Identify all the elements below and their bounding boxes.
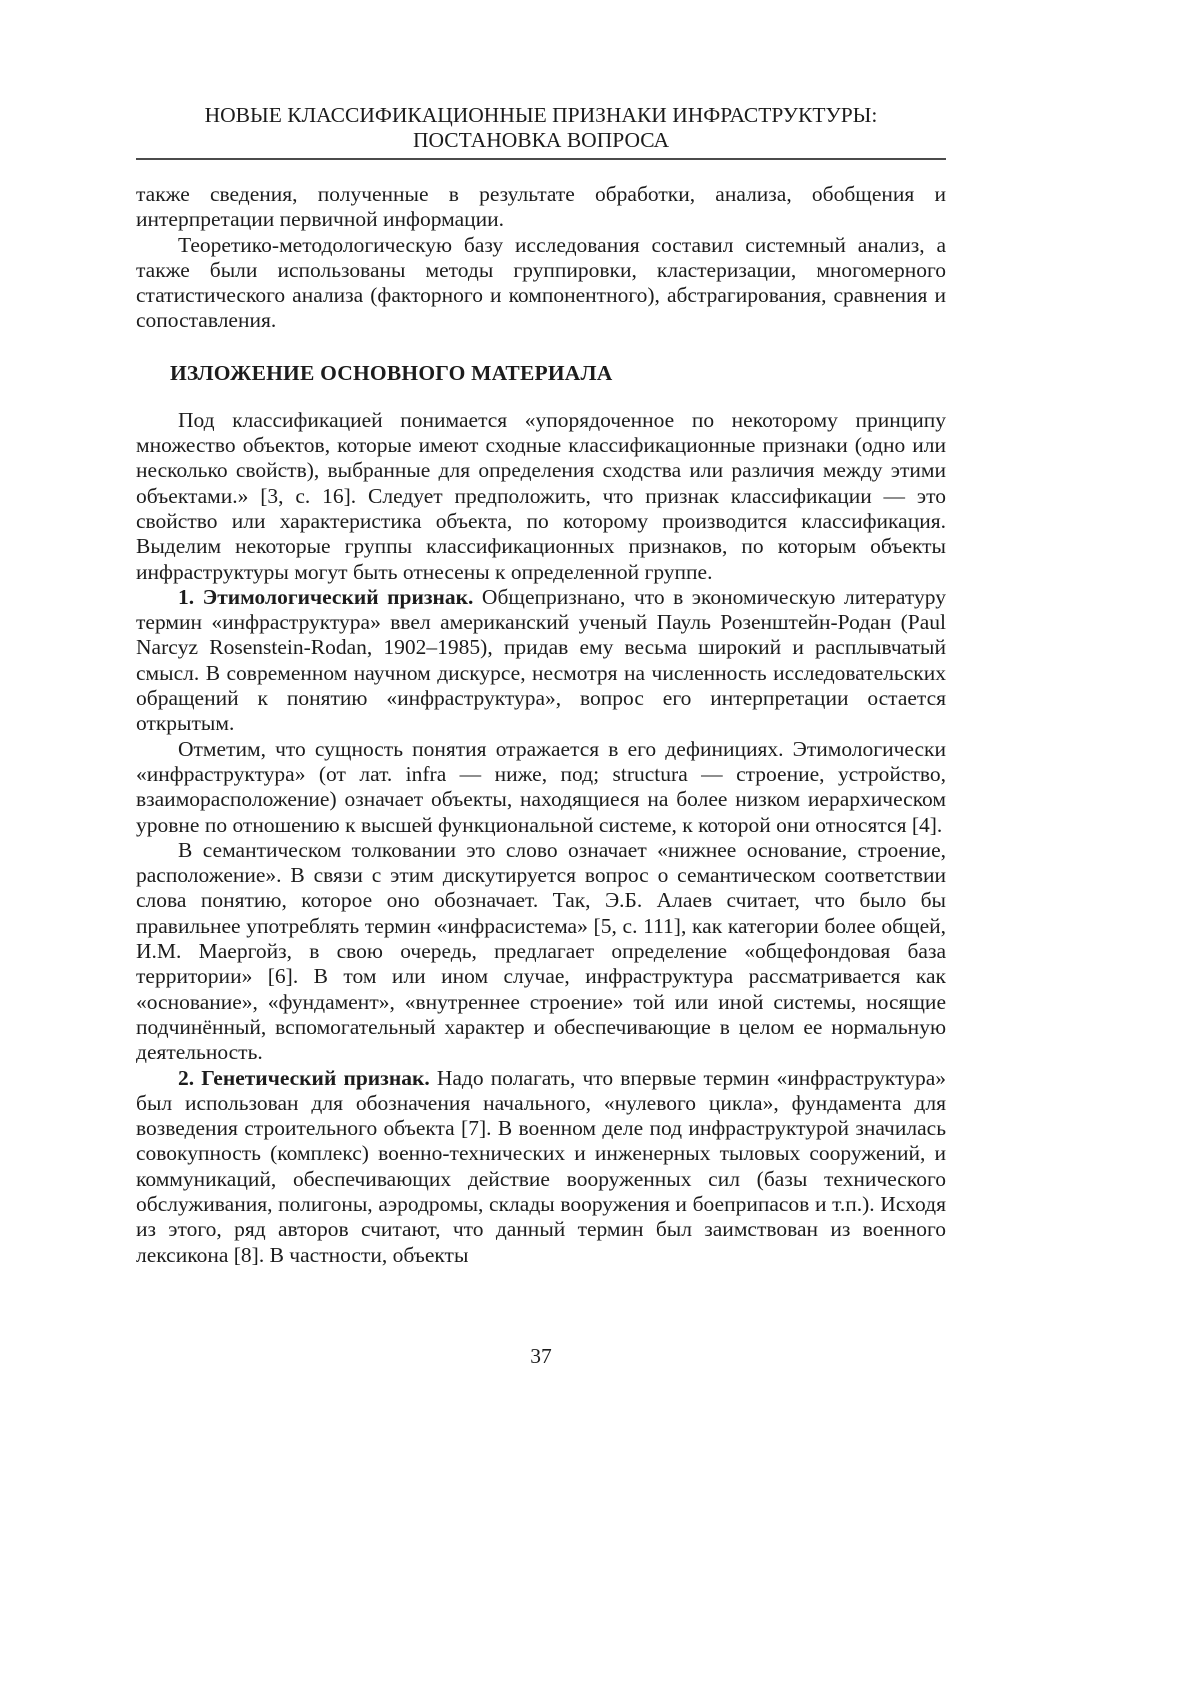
page-number: 37 — [136, 1344, 946, 1369]
paragraph: В семантическом толковании это слово озн… — [136, 838, 946, 1066]
document-body: также сведения, полученные в результате … — [136, 182, 946, 1268]
paragraph: Под классификацией понимается «упорядоче… — [136, 408, 946, 585]
paragraph-text: Под классификацией понимается «упорядоче… — [136, 408, 946, 584]
paragraph-text: Надо полагать, что впервые термин «инфра… — [136, 1066, 946, 1267]
paragraph-text: Теоретико-методологическую базу исследов… — [136, 233, 946, 333]
paragraph-text: Отметим, что сущность понятия отражается… — [136, 737, 946, 837]
document-title-line2: ПОСТАНОВКА ВОПРОСА — [136, 128, 946, 153]
text-column: НОВЫЕ КЛАССИФИКАЦИОННЫЕ ПРИЗНАКИ ИНФРАСТ… — [136, 103, 946, 1268]
document-page: НОВЫЕ КЛАССИФИКАЦИОННЫЕ ПРИЗНАКИ ИНФРАСТ… — [0, 0, 1200, 1697]
paragraph-lead-bold: 1. Этимологический признак. — [178, 585, 473, 609]
paragraph: 1. Этимологический признак. Общепризнано… — [136, 585, 946, 737]
title-divider — [136, 158, 946, 160]
paragraph: Отметим, что сущность понятия отражается… — [136, 737, 946, 838]
section-heading: ИЗЛОЖЕНИЕ ОСНОВНОГО МАТЕРИАЛА — [170, 361, 946, 386]
paragraph: также сведения, полученные в результате … — [136, 182, 946, 233]
document-title-line1: НОВЫЕ КЛАССИФИКАЦИОННЫЕ ПРИЗНАКИ ИНФРАСТ… — [136, 103, 946, 128]
paragraph-text: также сведения, полученные в результате … — [136, 182, 946, 231]
document-title: НОВЫЕ КЛАССИФИКАЦИОННЫЕ ПРИЗНАКИ ИНФРАСТ… — [136, 103, 946, 153]
paragraph: 2. Генетический признак. Надо полагать, … — [136, 1066, 946, 1268]
paragraph: Теоретико-методологическую базу исследов… — [136, 233, 946, 334]
paragraph-text: В семантическом толковании это слово озн… — [136, 838, 946, 1064]
paragraph-lead-bold: 2. Генетический признак. — [178, 1066, 430, 1090]
